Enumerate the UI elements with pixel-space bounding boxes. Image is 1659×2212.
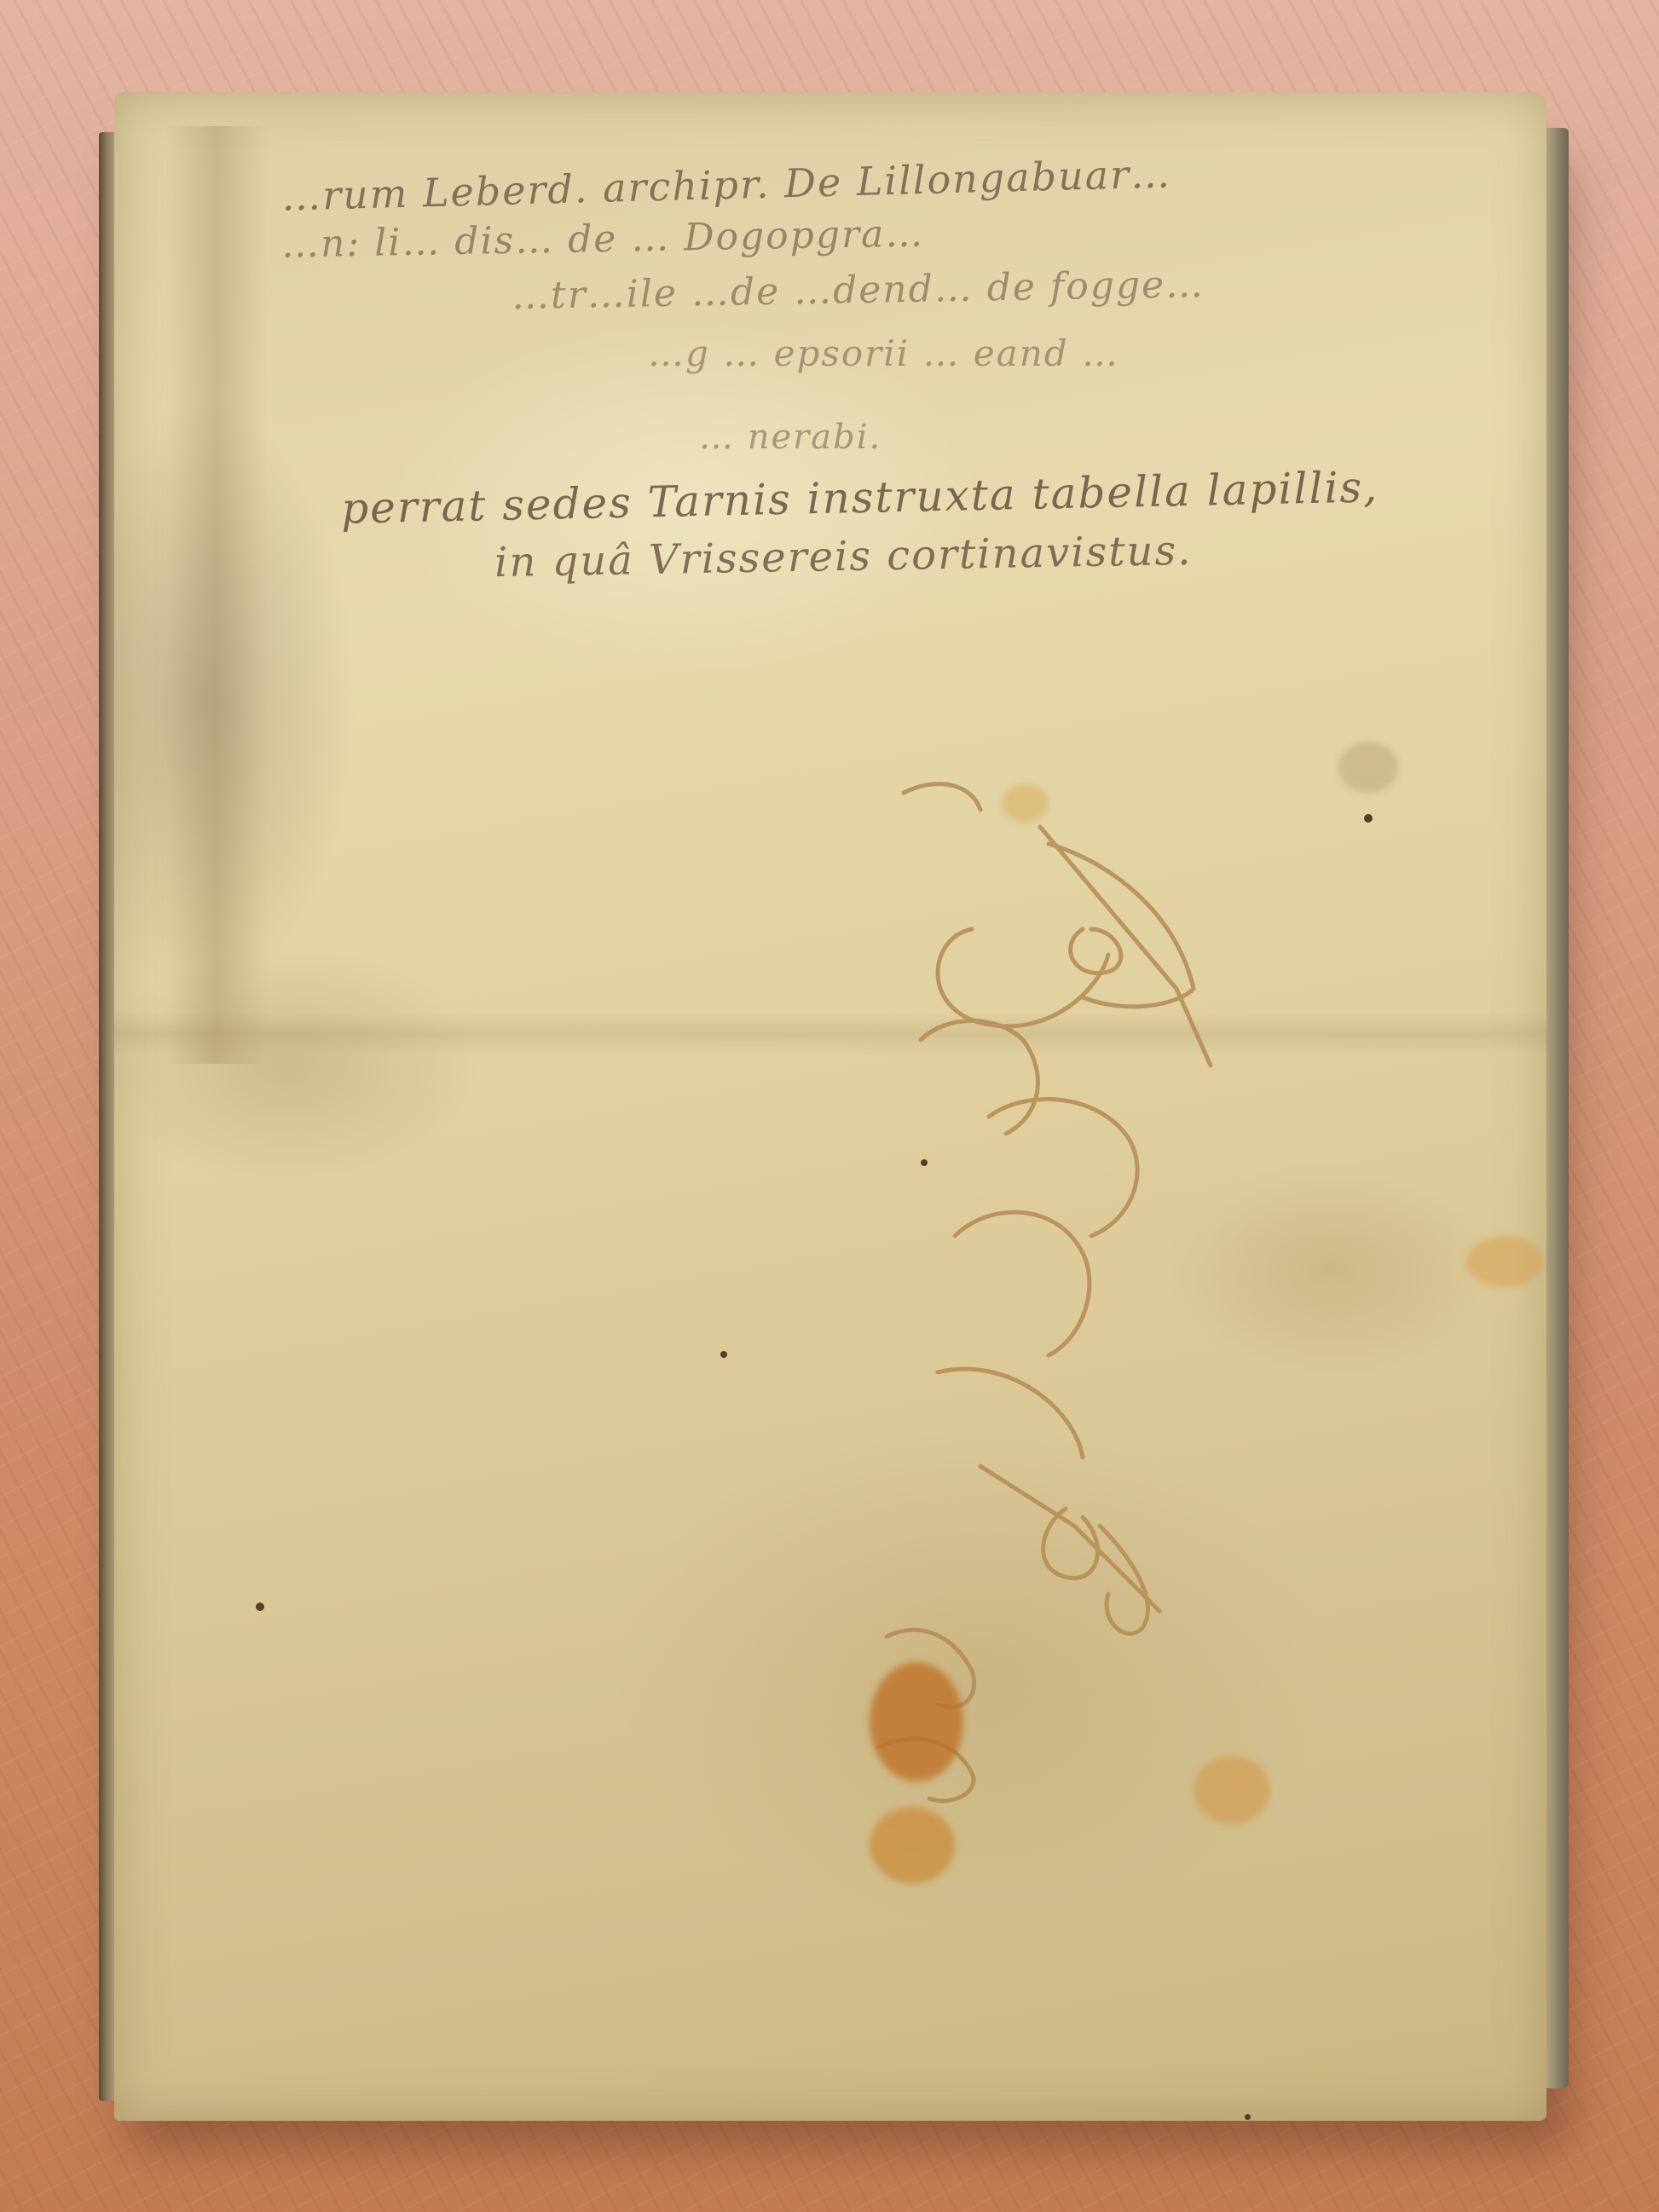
ink-spot — [720, 1351, 727, 1358]
rust-stain — [870, 1807, 955, 1884]
grime-stain — [1338, 742, 1398, 793]
cover-crease — [165, 126, 268, 1064]
ink-spot — [1364, 814, 1373, 823]
rust-stain — [1466, 1236, 1543, 1287]
ink-spot — [256, 1603, 264, 1611]
photo-scene: …rum Leberd. archipr. De Lillongabuar… …… — [0, 0, 1659, 2212]
rust-stain — [870, 1662, 963, 1782]
rust-stain — [1002, 784, 1049, 823]
vellum-cover — [114, 92, 1546, 2121]
ink-spot — [921, 1159, 928, 1166]
rust-stain — [1194, 1756, 1270, 1824]
inscription-line: …g … epsorii … eand … — [648, 332, 1119, 374]
cover-fold — [114, 1013, 1546, 1055]
inscription-line: … nerabi. — [699, 418, 882, 457]
ink-spot — [1245, 2114, 1251, 2120]
